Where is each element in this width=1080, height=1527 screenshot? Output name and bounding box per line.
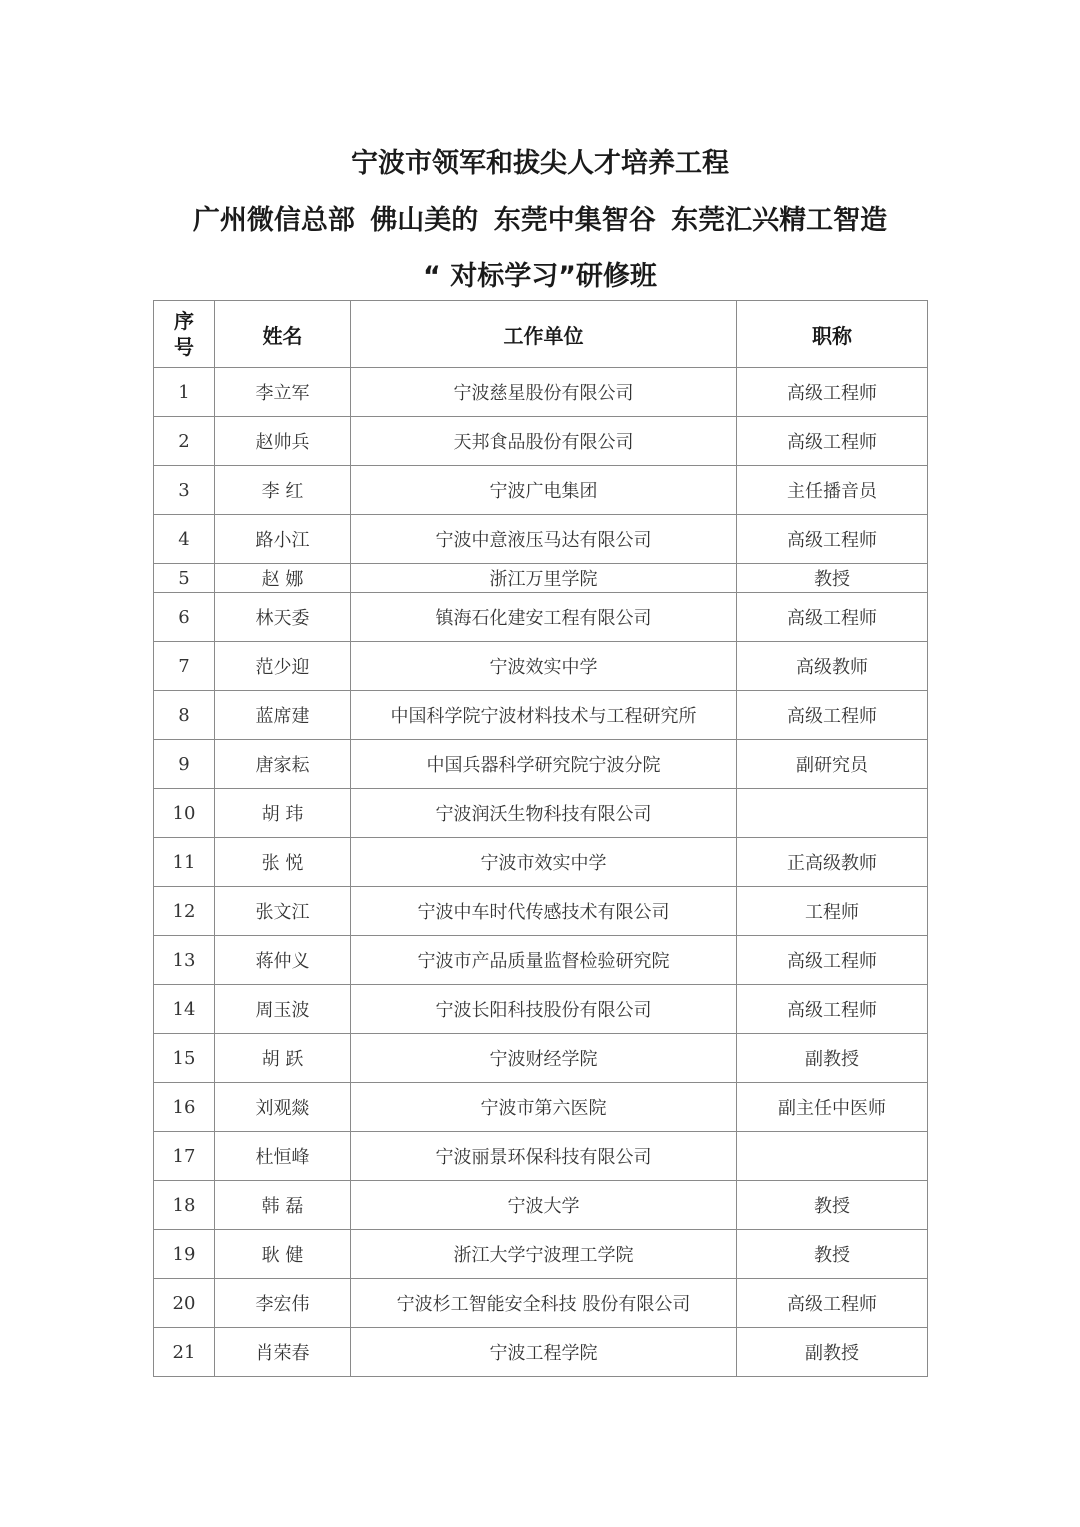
table-row: 5赵 娜浙江万里学院教授 (154, 564, 928, 593)
cell-title: 高级教师 (737, 642, 928, 691)
cell-title: 副教授 (737, 1034, 928, 1083)
cell-seq: 19 (154, 1230, 215, 1279)
cell-unit: 宁波工程学院 (351, 1328, 737, 1377)
table-row: 20李宏伟宁波杉工智能安全科技 股份有限公司高级工程师 (154, 1279, 928, 1328)
cell-seq: 5 (154, 564, 215, 593)
cell-title: 教授 (737, 564, 928, 593)
cell-unit: 宁波中意液压马达有限公司 (351, 515, 737, 564)
cell-seq: 17 (154, 1132, 215, 1181)
cell-title: 高级工程师 (737, 691, 928, 740)
cell-unit: 宁波市第六医院 (351, 1083, 737, 1132)
table-row: 8蓝席建中国科学院宁波材料技术与工程研究所高级工程师 (154, 691, 928, 740)
cell-seq: 14 (154, 985, 215, 1034)
cell-title: 主任播音员 (737, 466, 928, 515)
header-seq: 序号 (154, 301, 215, 368)
cell-seq: 9 (154, 740, 215, 789)
header-seq-label: 序号 (173, 308, 195, 360)
table-row: 19耿 健浙江大学宁波理工学院教授 (154, 1230, 928, 1279)
cell-name: 杜恒峰 (215, 1132, 351, 1181)
cell-seq: 12 (154, 887, 215, 936)
cell-title: 教授 (737, 1230, 928, 1279)
table-row: 15胡 跃宁波财经学院副教授 (154, 1034, 928, 1083)
cell-name: 范少迎 (215, 642, 351, 691)
table-row: 18韩 磊宁波大学教授 (154, 1181, 928, 1230)
cell-unit: 宁波市效实中学 (351, 838, 737, 887)
cell-unit: 宁波大学 (351, 1181, 737, 1230)
cell-title (737, 1132, 928, 1181)
roster-table: 序号 姓名 工作单位 职称 1李立军宁波慈星股份有限公司高级工程师2赵帅兵天邦食… (153, 300, 928, 1377)
table-header-row: 序号 姓名 工作单位 职称 (154, 301, 928, 368)
cell-name: 张文江 (215, 887, 351, 936)
table-row: 4路小江宁波中意液压马达有限公司高级工程师 (154, 515, 928, 564)
cell-title: 高级工程师 (737, 1279, 928, 1328)
cell-title: 高级工程师 (737, 368, 928, 417)
cell-title (737, 789, 928, 838)
cell-seq: 15 (154, 1034, 215, 1083)
cell-seq: 7 (154, 642, 215, 691)
cell-name: 胡 跃 (215, 1034, 351, 1083)
cell-name: 李宏伟 (215, 1279, 351, 1328)
cell-seq: 21 (154, 1328, 215, 1377)
cell-seq: 18 (154, 1181, 215, 1230)
cell-title: 副教授 (737, 1328, 928, 1377)
cell-unit: 天邦食品股份有限公司 (351, 417, 737, 466)
cell-unit: 浙江大学宁波理工学院 (351, 1230, 737, 1279)
cell-title: 教授 (737, 1181, 928, 1230)
cell-name: 肖荣春 (215, 1328, 351, 1377)
cell-unit: 宁波中车时代传感技术有限公司 (351, 887, 737, 936)
cell-name: 李 红 (215, 466, 351, 515)
title-line-2: 广州微信总部 佛山美的 东莞中集智谷 东莞汇兴精工智造 (0, 198, 1080, 237)
cell-title: 高级工程师 (737, 417, 928, 466)
cell-unit: 宁波慈星股份有限公司 (351, 368, 737, 417)
table-row: 12张文江宁波中车时代传感技术有限公司工程师 (154, 887, 928, 936)
cell-name: 唐家耘 (215, 740, 351, 789)
cell-unit: 中国科学院宁波材料技术与工程研究所 (351, 691, 737, 740)
cell-title: 正高级教师 (737, 838, 928, 887)
cell-unit: 宁波丽景环保科技有限公司 (351, 1132, 737, 1181)
cell-seq: 8 (154, 691, 215, 740)
cell-title: 高级工程师 (737, 593, 928, 642)
cell-name: 周玉波 (215, 985, 351, 1034)
cell-seq: 11 (154, 838, 215, 887)
cell-unit: 浙江万里学院 (351, 564, 737, 593)
cell-name: 胡 玮 (215, 789, 351, 838)
table-row: 21肖荣春宁波工程学院副教授 (154, 1328, 928, 1377)
table-row: 7范少迎宁波效实中学高级教师 (154, 642, 928, 691)
table-row: 2赵帅兵天邦食品股份有限公司高级工程师 (154, 417, 928, 466)
cell-unit: 宁波杉工智能安全科技 股份有限公司 (351, 1279, 737, 1328)
table-row: 17杜恒峰宁波丽景环保科技有限公司 (154, 1132, 928, 1181)
table-row: 10胡 玮宁波润沃生物科技有限公司 (154, 789, 928, 838)
cell-unit: 宁波市产品质量监督检验研究院 (351, 936, 737, 985)
cell-seq: 13 (154, 936, 215, 985)
cell-name: 张 悦 (215, 838, 351, 887)
header-unit: 工作单位 (351, 301, 737, 368)
table-row: 11张 悦宁波市效实中学正高级教师 (154, 838, 928, 887)
title-line-1: 宁波市领军和拔尖人才培养工程 (0, 141, 1080, 180)
cell-seq: 6 (154, 593, 215, 642)
cell-title: 副研究员 (737, 740, 928, 789)
header-name: 姓名 (215, 301, 351, 368)
cell-unit: 宁波广电集团 (351, 466, 737, 515)
cell-name: 路小江 (215, 515, 351, 564)
cell-seq: 20 (154, 1279, 215, 1328)
cell-seq: 16 (154, 1083, 215, 1132)
cell-seq: 1 (154, 368, 215, 417)
cell-name: 蒋仲义 (215, 936, 351, 985)
cell-unit: 宁波润沃生物科技有限公司 (351, 789, 737, 838)
cell-title: 工程师 (737, 887, 928, 936)
cell-seq: 4 (154, 515, 215, 564)
cell-name: 林天委 (215, 593, 351, 642)
cell-name: 韩 磊 (215, 1181, 351, 1230)
cell-title: 高级工程师 (737, 515, 928, 564)
cell-title: 高级工程师 (737, 936, 928, 985)
cell-name: 赵帅兵 (215, 417, 351, 466)
table-row: 16刘观燚宁波市第六医院副主任中医师 (154, 1083, 928, 1132)
cell-unit: 宁波财经学院 (351, 1034, 737, 1083)
cell-unit: 中国兵器科学研究院宁波分院 (351, 740, 737, 789)
cell-seq: 2 (154, 417, 215, 466)
cell-name: 刘观燚 (215, 1083, 351, 1132)
table-row: 13蒋仲义宁波市产品质量监督检验研究院高级工程师 (154, 936, 928, 985)
table-row: 3李 红宁波广电集团主任播音员 (154, 466, 928, 515)
title-line-3: “ 对标学习”研修班 (0, 254, 1080, 293)
cell-unit: 宁波效实中学 (351, 642, 737, 691)
cell-name: 赵 娜 (215, 564, 351, 593)
cell-title: 高级工程师 (737, 985, 928, 1034)
cell-unit: 镇海石化建安工程有限公司 (351, 593, 737, 642)
header-title: 职称 (737, 301, 928, 368)
table-row: 6林天委镇海石化建安工程有限公司高级工程师 (154, 593, 928, 642)
cell-title: 副主任中医师 (737, 1083, 928, 1132)
table-row: 1李立军宁波慈星股份有限公司高级工程师 (154, 368, 928, 417)
cell-seq: 10 (154, 789, 215, 838)
table-row: 9唐家耘中国兵器科学研究院宁波分院副研究员 (154, 740, 928, 789)
cell-seq: 3 (154, 466, 215, 515)
cell-name: 耿 健 (215, 1230, 351, 1279)
cell-name: 蓝席建 (215, 691, 351, 740)
cell-name: 李立军 (215, 368, 351, 417)
cell-unit: 宁波长阳科技股份有限公司 (351, 985, 737, 1034)
table-row: 14周玉波宁波长阳科技股份有限公司高级工程师 (154, 985, 928, 1034)
